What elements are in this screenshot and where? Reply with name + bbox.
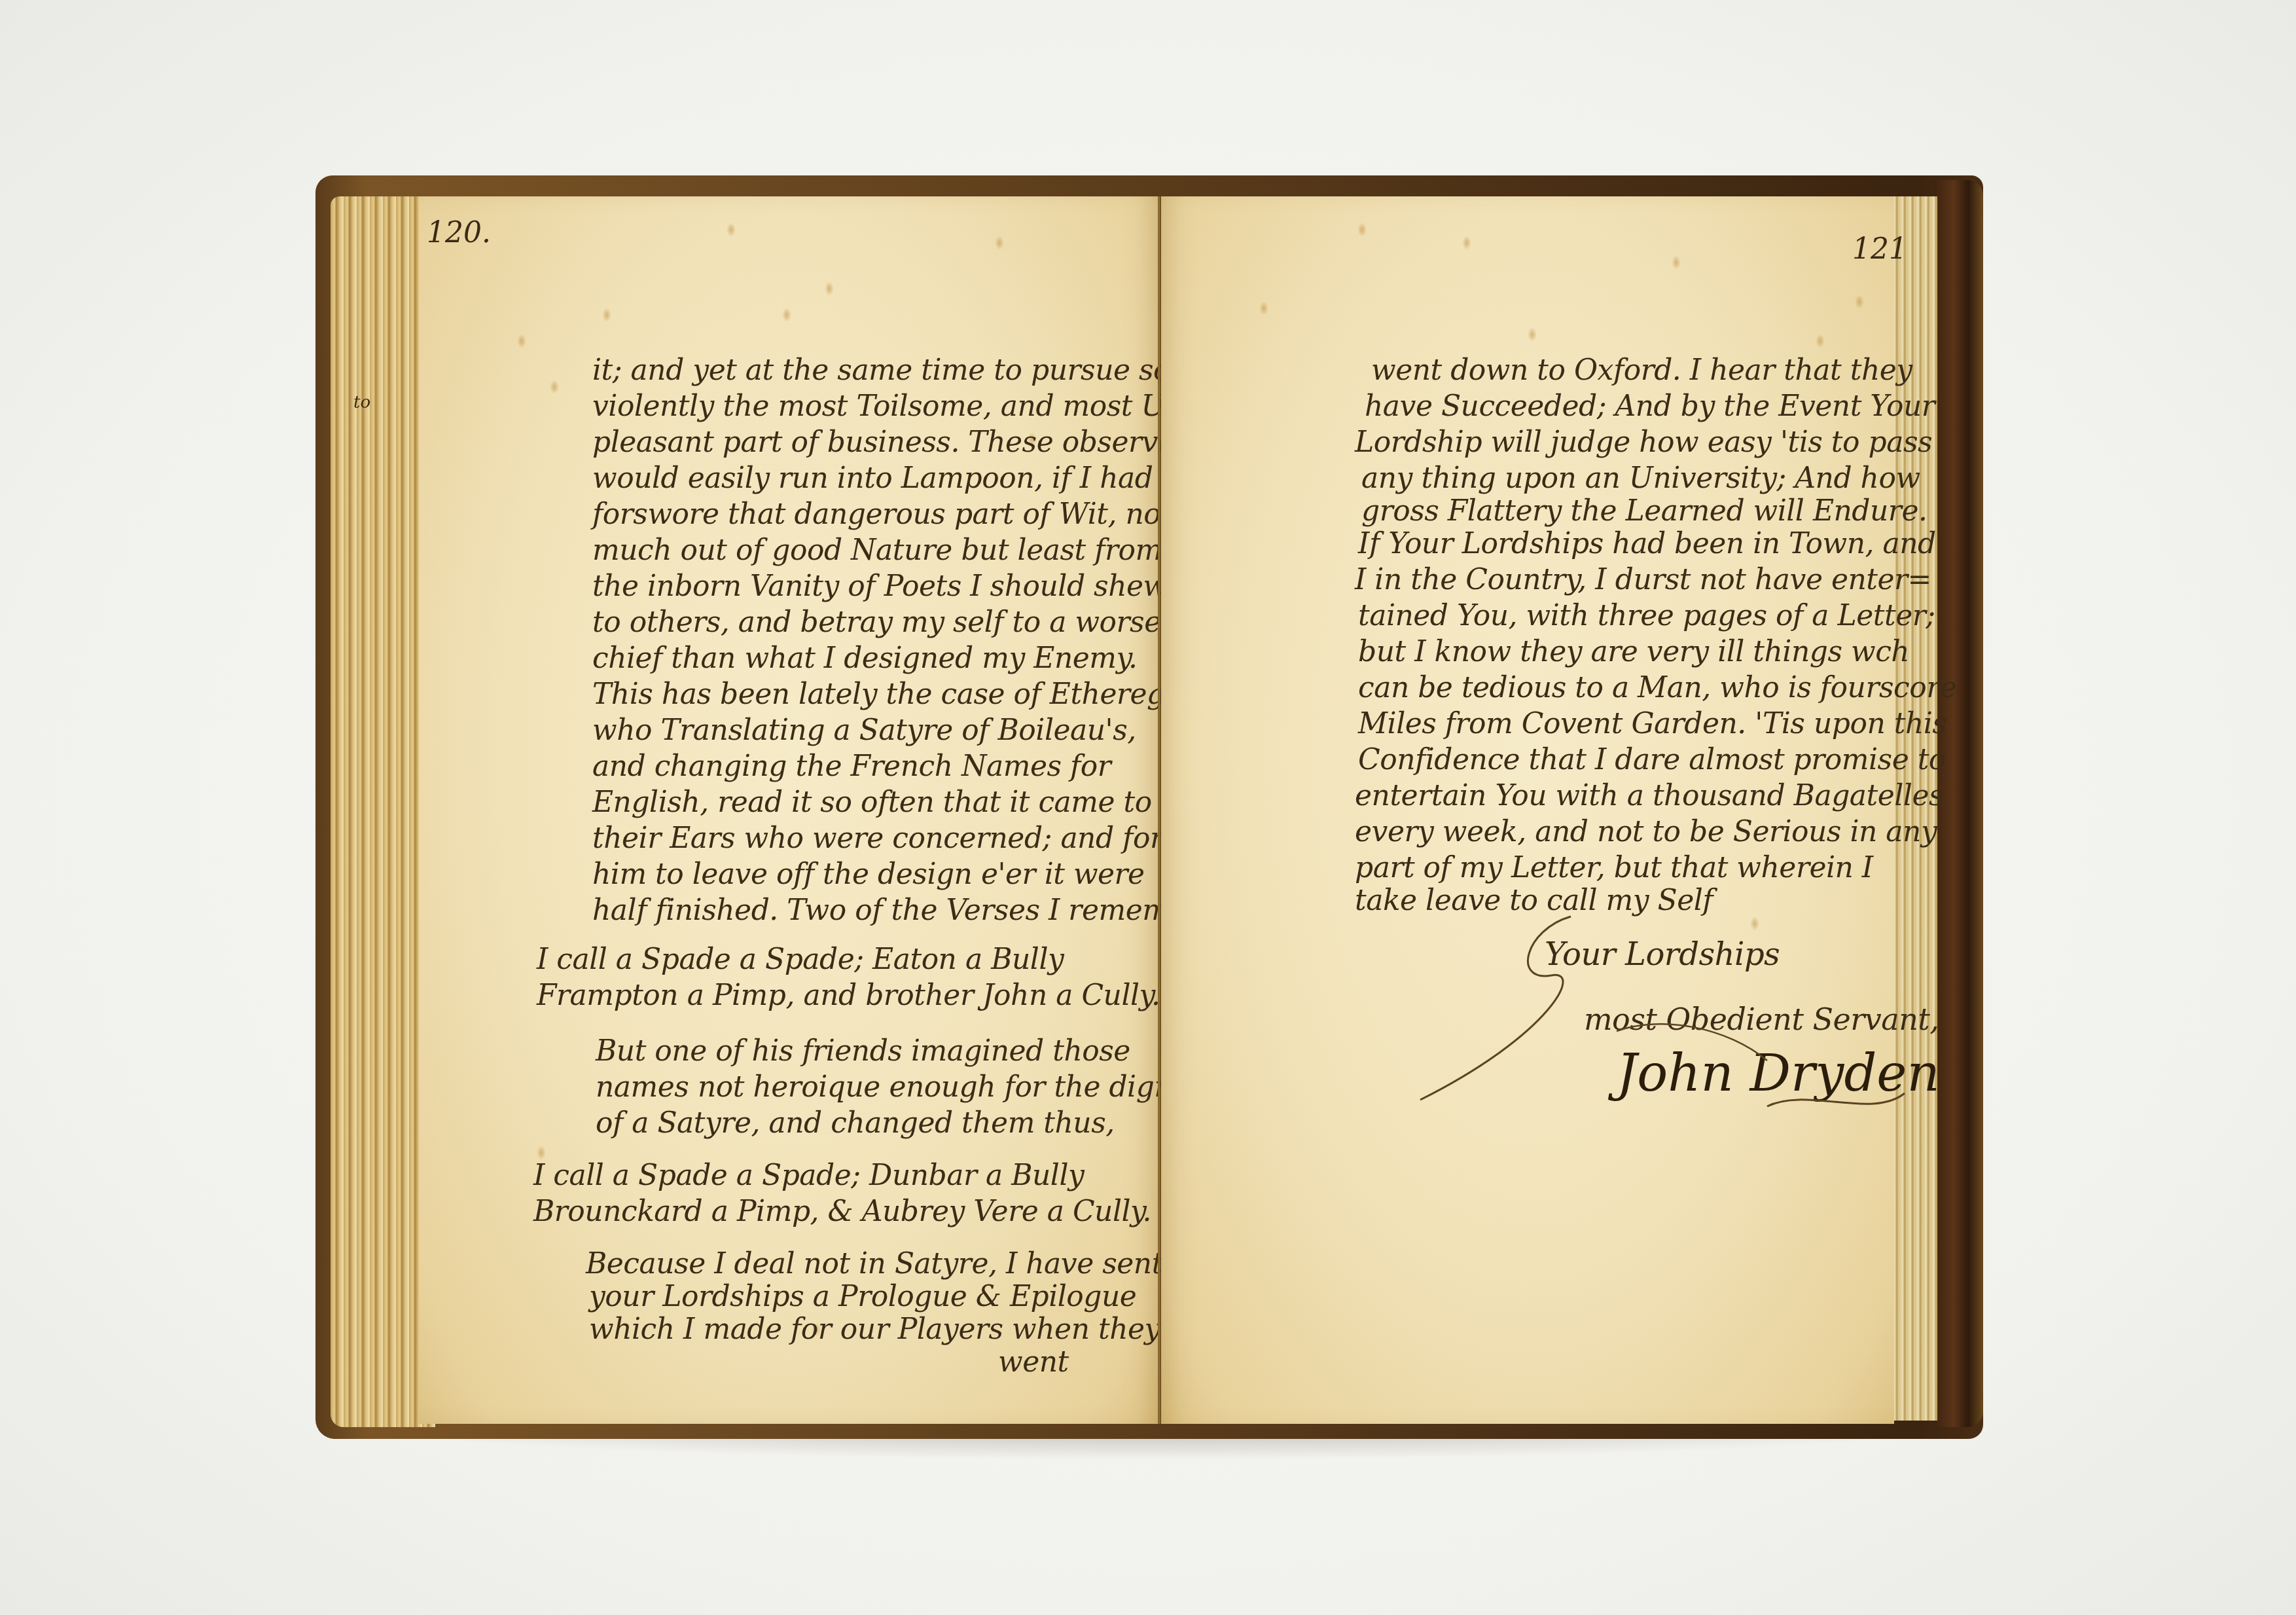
text-line: gross Flattery the Learned will Endure. — [1361, 494, 1927, 528]
text-line: entertain You with a thousand Bagatelles — [1355, 779, 1943, 812]
signature-flourish — [1401, 903, 1924, 1113]
verse-line: I call a Spade a Spade; Dunbar a Bully — [533, 1159, 1084, 1192]
text-line: violently the most Toilsome, and most Un… — [592, 390, 1207, 423]
foxing-spot — [995, 236, 1004, 250]
text-line: English, read it so often that it came t… — [592, 786, 1152, 819]
text-line: their Ears who were concerned; and force… — [592, 822, 1214, 855]
text-line: your Lordships a Prologue & Epilogue — [589, 1280, 1136, 1313]
foxing-spot — [1672, 255, 1681, 270]
text-line: Confidence that I dare almost promise to — [1358, 743, 1946, 776]
foxing-spot — [782, 308, 791, 322]
text-line: chief than what I designed my Enemy. — [592, 642, 1138, 675]
page-number-right: 121 — [1852, 232, 1907, 266]
text-line: and changing the French Names for — [592, 750, 1111, 783]
foxing-spot — [726, 223, 736, 237]
foxing-spot — [1462, 236, 1471, 250]
foxing-spot — [1855, 295, 1864, 309]
text-line: Because I deal not in Satyre, I have sen… — [586, 1247, 1163, 1280]
page-number-left: 120. — [427, 216, 491, 249]
text-line: him to leave off the design e'er it were — [592, 858, 1145, 891]
text-line: forswore that dangerous part of Wit, not… — [592, 498, 1212, 531]
text-line: Miles from Covent Garden. 'Tis upon this — [1358, 707, 1946, 740]
book-gutter — [1158, 196, 1160, 1424]
text-line: of a Satyre, and changed them thus, — [596, 1106, 1115, 1140]
text-line: went down to Oxford. I hear that they — [1371, 354, 1912, 387]
verse-line: Brounckard a Pimp, & Aubrey Vere a Cully… — [533, 1195, 1151, 1228]
text-line: Lordship will judge how easy 'tis to pas… — [1355, 426, 1932, 459]
text-line: pleasant part of business. These observa… — [592, 426, 1244, 459]
text-line: who Translating a Satyre of Boileau's, — [592, 714, 1136, 747]
foxing-spot — [550, 380, 559, 394]
text-line: If Your Lordships had been in Town, and — [1358, 527, 1936, 560]
foxing-spot — [825, 281, 834, 296]
text-line: I in the Country, I durst not have enter… — [1355, 563, 1931, 596]
foxing-spot — [537, 1146, 546, 1160]
foxing-spot — [1528, 327, 1537, 342]
catchword: went — [998, 1345, 1069, 1379]
foxing-spot — [1816, 334, 1825, 348]
verse-line: Frampton a Pimp, and brother John a Cull… — [537, 979, 1160, 1012]
text-line: it; and yet at the same time to pursue s… — [592, 354, 1170, 387]
text-line: half finished. Two of the Verses I remem… — [592, 894, 1217, 927]
foxing-spot — [1357, 223, 1367, 237]
text-line: much out of good Nature but least from — [592, 534, 1162, 567]
margin-note: to — [353, 393, 370, 412]
text-line: names not heroique enough for the dignit… — [596, 1070, 1208, 1104]
text-line: part of my Letter, but that wherein I — [1355, 851, 1873, 884]
text-line: This has been lately the case of Ethereg… — [592, 678, 1181, 711]
text-line: any thing upon an University; And how — [1361, 462, 1920, 495]
text-line: to others, and betray my self to a worse… — [592, 606, 1246, 639]
text-line: the inborn Vanity of Poets I should shew… — [592, 570, 1196, 603]
text-line: tained You, with three pages of a Letter… — [1358, 599, 1935, 632]
text-line: every week, and not to be Serious in any — [1355, 815, 1937, 848]
foxing-spot — [517, 334, 526, 348]
foxing-spot — [1259, 301, 1268, 316]
verse-line: I call a Spade a Spade; Eaton a Bully — [537, 943, 1064, 976]
text-line: would easily run into Lampoon, if I had … — [592, 462, 1208, 495]
text-line: have Succeeded; And by the Event Your — [1365, 390, 1935, 423]
text-line: can be tedious to a Man, who is fourscor… — [1358, 671, 1956, 704]
foxing-spot — [602, 308, 611, 322]
text-line: But one of his friends imagined those — [596, 1034, 1130, 1068]
text-line: but I know they are very ill things wch — [1358, 635, 1909, 668]
text-line: which I made for our Players when they — [589, 1313, 1160, 1346]
